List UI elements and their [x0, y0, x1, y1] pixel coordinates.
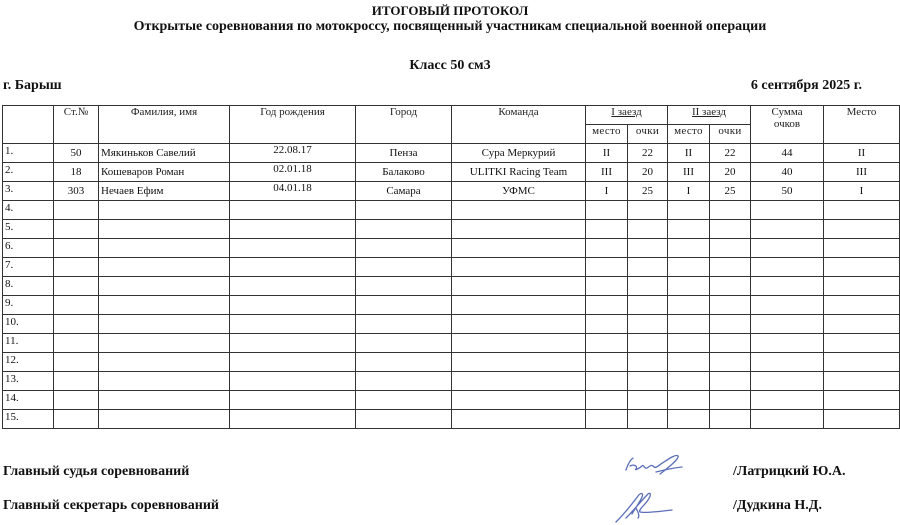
- table-row: 10.: [3, 315, 900, 334]
- table-row: 15.: [3, 410, 900, 429]
- cell-heat-1-place: I: [586, 182, 628, 201]
- cell-heat-2-place: [668, 277, 710, 296]
- cell-start-number: [54, 315, 99, 334]
- cell-birth-date: [230, 220, 356, 239]
- judge-signature-icon: [620, 450, 690, 480]
- cell-rider-name: [99, 277, 230, 296]
- cell-heat-2-place: [668, 353, 710, 372]
- cell-team: [452, 315, 586, 334]
- document-title: ИТОГОВЫЙ ПРОТОКОЛ: [0, 3, 900, 19]
- chief-judge-name: /Латрицкий Ю.А.: [733, 464, 846, 480]
- table-row: 12.: [3, 353, 900, 372]
- results-table: Ст.№ Фамилия, имя Год рождения Город Ком…: [2, 105, 900, 429]
- cell-birth-date: 04.01.18: [230, 182, 356, 201]
- cell-heat-1-place: [586, 258, 628, 277]
- cell-team: [452, 220, 586, 239]
- cell-final-place: II: [824, 144, 900, 163]
- cell-city: [356, 315, 452, 334]
- table-row: 7.: [3, 258, 900, 277]
- cell-city: [356, 239, 452, 258]
- cell-rider-name: Мякиньков Савелий: [99, 144, 230, 163]
- cell-heat-2-points: [710, 353, 751, 372]
- cell-heat-2-place: [668, 201, 710, 220]
- header-heat-2-place: место: [668, 125, 710, 144]
- cell-row-number: 8.: [3, 277, 54, 296]
- cell-heat-1-place: [586, 220, 628, 239]
- cell-heat-1-place: [586, 296, 628, 315]
- cell-start-number: [54, 410, 99, 429]
- cell-heat-2-points: [710, 334, 751, 353]
- competition-name: Открытые соревнования по мотокроссу, пос…: [0, 19, 900, 35]
- cell-birth-date: [230, 372, 356, 391]
- cell-heat-2-points: 20: [710, 163, 751, 182]
- cell-start-number: [54, 334, 99, 353]
- cell-city: [356, 201, 452, 220]
- table-row: 5.: [3, 220, 900, 239]
- cell-row-number: 4.: [3, 201, 54, 220]
- cell-team: [452, 353, 586, 372]
- header-heat-1: I заезд: [586, 106, 668, 125]
- cell-heat-1-points: [628, 334, 668, 353]
- cell-heat-1-points: [628, 201, 668, 220]
- cell-heat-2-place: [668, 334, 710, 353]
- cell-team: [452, 410, 586, 429]
- cell-start-number: [54, 201, 99, 220]
- cell-row-number: 15.: [3, 410, 54, 429]
- cell-heat-1-place: [586, 315, 628, 334]
- header-birth: Год рождения: [230, 106, 356, 144]
- cell-rider-name: [99, 410, 230, 429]
- cell-heat-1-points: [628, 220, 668, 239]
- cell-row-number: 5.: [3, 220, 54, 239]
- cell-heat-1-place: [586, 410, 628, 429]
- cell-final-place: [824, 220, 900, 239]
- cell-city: [356, 220, 452, 239]
- cell-city: Самара: [356, 182, 452, 201]
- cell-heat-2-points: 25: [710, 182, 751, 201]
- cell-final-place: [824, 391, 900, 410]
- cell-final-place: [824, 239, 900, 258]
- cell-rider-name: [99, 353, 230, 372]
- cell-rider-name: [99, 296, 230, 315]
- header-name: Фамилия, имя: [99, 106, 230, 144]
- cell-city: [356, 277, 452, 296]
- cell-birth-date: [230, 239, 356, 258]
- cell-heat-1-points: [628, 315, 668, 334]
- cell-rider-name: [99, 391, 230, 410]
- cell-heat-1-points: [628, 239, 668, 258]
- cell-points-sum: [751, 410, 824, 429]
- cell-heat-1-points: [628, 296, 668, 315]
- cell-row-number: 14.: [3, 391, 54, 410]
- header-heat-2-points: очки: [710, 125, 751, 144]
- cell-points-sum: [751, 334, 824, 353]
- cell-heat-2-place: [668, 258, 710, 277]
- chief-secretary-label: Главный секретарь соревнований: [3, 498, 219, 514]
- cell-birth-date: [230, 277, 356, 296]
- cell-start-number: [54, 372, 99, 391]
- cell-heat-2-points: [710, 372, 751, 391]
- cell-final-place: [824, 334, 900, 353]
- cell-points-sum: [751, 277, 824, 296]
- header-heat-2: II заезд: [668, 106, 751, 125]
- cell-team: [452, 334, 586, 353]
- cell-heat-2-place: II: [668, 144, 710, 163]
- cell-start-number: [54, 220, 99, 239]
- cell-start-number: [54, 296, 99, 315]
- cell-birth-date: [230, 201, 356, 220]
- cell-rider-name: Кошеваров Роман: [99, 163, 230, 182]
- cell-team: [452, 201, 586, 220]
- cell-final-place: [824, 410, 900, 429]
- cell-row-number: 12.: [3, 353, 54, 372]
- cell-rider-name: [99, 315, 230, 334]
- cell-heat-2-points: [710, 391, 751, 410]
- cell-heat-2-points: [710, 296, 751, 315]
- cell-heat-2-place: I: [668, 182, 710, 201]
- cell-heat-2-place: [668, 410, 710, 429]
- cell-heat-1-points: 20: [628, 163, 668, 182]
- cell-heat-2-place: [668, 220, 710, 239]
- cell-heat-1-place: [586, 353, 628, 372]
- cell-points-sum: [751, 353, 824, 372]
- header-start-number: Ст.№: [54, 106, 99, 144]
- cell-points-sum: [751, 258, 824, 277]
- cell-row-number: 1.: [3, 144, 54, 163]
- cell-heat-2-place: III: [668, 163, 710, 182]
- header-row-number: [3, 106, 54, 144]
- event-date: 6 сентября 2025 г.: [751, 78, 862, 94]
- cell-heat-2-points: [710, 201, 751, 220]
- cell-rider-name: [99, 220, 230, 239]
- cell-birth-date: [230, 353, 356, 372]
- cell-heat-2-points: 22: [710, 144, 751, 163]
- cell-points-sum: [751, 391, 824, 410]
- cell-city: [356, 391, 452, 410]
- cell-final-place: [824, 201, 900, 220]
- cell-team: ULITKI Racing Team: [452, 163, 586, 182]
- cell-team: [452, 258, 586, 277]
- cell-final-place: [824, 372, 900, 391]
- cell-rider-name: [99, 334, 230, 353]
- cell-team: [452, 296, 586, 315]
- header-heat-1-points: очки: [628, 125, 668, 144]
- table-row: 4.: [3, 201, 900, 220]
- cell-points-sum: [751, 372, 824, 391]
- cell-start-number: [54, 258, 99, 277]
- cell-heat-2-place: [668, 372, 710, 391]
- cell-city: Балаково: [356, 163, 452, 182]
- cell-start-number: [54, 353, 99, 372]
- cell-birth-date: [230, 315, 356, 334]
- cell-heat-1-place: [586, 277, 628, 296]
- cell-heat-2-place: [668, 315, 710, 334]
- cell-heat-1-points: [628, 410, 668, 429]
- cell-team: [452, 239, 586, 258]
- table-row: 9.: [3, 296, 900, 315]
- cell-points-sum: [751, 220, 824, 239]
- cell-city: [356, 258, 452, 277]
- cell-start-number: [54, 277, 99, 296]
- cell-heat-1-points: [628, 353, 668, 372]
- cell-heat-1-place: [586, 334, 628, 353]
- cell-heat-2-points: [710, 258, 751, 277]
- cell-points-sum: [751, 201, 824, 220]
- cell-team: [452, 277, 586, 296]
- cell-start-number: [54, 239, 99, 258]
- cell-team: [452, 391, 586, 410]
- cell-heat-2-points: [710, 239, 751, 258]
- cell-points-sum: [751, 296, 824, 315]
- cell-heat-1-place: III: [586, 163, 628, 182]
- cell-heat-1-place: [586, 239, 628, 258]
- cell-heat-1-points: [628, 391, 668, 410]
- cell-city: [356, 372, 452, 391]
- cell-final-place: [824, 315, 900, 334]
- cell-start-number: 50: [54, 144, 99, 163]
- table-row: 14.: [3, 391, 900, 410]
- cell-rider-name: [99, 201, 230, 220]
- cell-heat-1-points: [628, 277, 668, 296]
- cell-heat-1-place: [586, 201, 628, 220]
- cell-final-place: III: [824, 163, 900, 182]
- cell-team: УФМС: [452, 182, 586, 201]
- cell-row-number: 9.: [3, 296, 54, 315]
- header-final-place: Место: [824, 106, 900, 144]
- cell-final-place: [824, 258, 900, 277]
- cell-city: Пенза: [356, 144, 452, 163]
- header-sum: Сумма очков: [751, 106, 824, 144]
- cell-birth-date: [230, 391, 356, 410]
- cell-heat-2-points: [710, 410, 751, 429]
- cell-row-number: 6.: [3, 239, 54, 258]
- cell-start-number: 18: [54, 163, 99, 182]
- cell-rider-name: [99, 239, 230, 258]
- cell-heat-2-place: [668, 239, 710, 258]
- cell-heat-1-points: [628, 372, 668, 391]
- cell-row-number: 11.: [3, 334, 54, 353]
- cell-heat-2-points: [710, 277, 751, 296]
- header-heat-1-place: место: [586, 125, 628, 144]
- table-row: 2.18Кошеваров Роман02.01.18БалаковоULITK…: [3, 163, 900, 182]
- cell-points-sum: [751, 239, 824, 258]
- cell-row-number: 10.: [3, 315, 54, 334]
- cell-city: [356, 334, 452, 353]
- secretary-signature-icon: [612, 488, 682, 524]
- cell-start-number: 303: [54, 182, 99, 201]
- cell-final-place: [824, 353, 900, 372]
- cell-heat-1-points: 22: [628, 144, 668, 163]
- header-city: Город: [356, 106, 452, 144]
- table-row: 13.: [3, 372, 900, 391]
- cell-team: [452, 372, 586, 391]
- cell-city: [356, 410, 452, 429]
- cell-heat-1-place: [586, 372, 628, 391]
- cell-row-number: 3.: [3, 182, 54, 201]
- cell-birth-date: 22.08.17: [230, 144, 356, 163]
- cell-heat-2-place: [668, 391, 710, 410]
- cell-points-sum: 44: [751, 144, 824, 163]
- chief-secretary-name: /Дудкина Н.Д.: [733, 498, 822, 514]
- cell-birth-date: 02.01.18: [230, 163, 356, 182]
- cell-heat-1-place: [586, 391, 628, 410]
- cell-heat-1-points: [628, 258, 668, 277]
- cell-rider-name: Нечаев Ефим: [99, 182, 230, 201]
- cell-team: Сура Меркурий: [452, 144, 586, 163]
- cell-birth-date: [230, 334, 356, 353]
- cell-row-number: 2.: [3, 163, 54, 182]
- cell-city: [356, 353, 452, 372]
- cell-points-sum: [751, 315, 824, 334]
- table-row: 1.50Мякиньков Савелий22.08.17ПензаСура М…: [3, 144, 900, 163]
- cell-birth-date: [230, 410, 356, 429]
- cell-heat-1-points: 25: [628, 182, 668, 201]
- location: г. Барыш: [3, 78, 62, 94]
- cell-rider-name: [99, 258, 230, 277]
- class-heading: Класс 50 см3: [0, 58, 900, 74]
- cell-heat-1-place: II: [586, 144, 628, 163]
- cell-city: [356, 296, 452, 315]
- cell-heat-2-points: [710, 220, 751, 239]
- cell-points-sum: 50: [751, 182, 824, 201]
- cell-final-place: I: [824, 182, 900, 201]
- table-row: 8.: [3, 277, 900, 296]
- table-row: 3.303Нечаев Ефим04.01.18СамараУФМСI25I25…: [3, 182, 900, 201]
- table-row: 11.: [3, 334, 900, 353]
- cell-heat-2-place: [668, 296, 710, 315]
- cell-birth-date: [230, 296, 356, 315]
- cell-heat-2-points: [710, 315, 751, 334]
- cell-birth-date: [230, 258, 356, 277]
- cell-final-place: [824, 296, 900, 315]
- header-team: Команда: [452, 106, 586, 144]
- table-row: 6.: [3, 239, 900, 258]
- cell-final-place: [824, 277, 900, 296]
- cell-row-number: 13.: [3, 372, 54, 391]
- cell-points-sum: 40: [751, 163, 824, 182]
- cell-rider-name: [99, 372, 230, 391]
- cell-start-number: [54, 391, 99, 410]
- cell-row-number: 7.: [3, 258, 54, 277]
- chief-judge-label: Главный судья соревнований: [3, 464, 189, 480]
